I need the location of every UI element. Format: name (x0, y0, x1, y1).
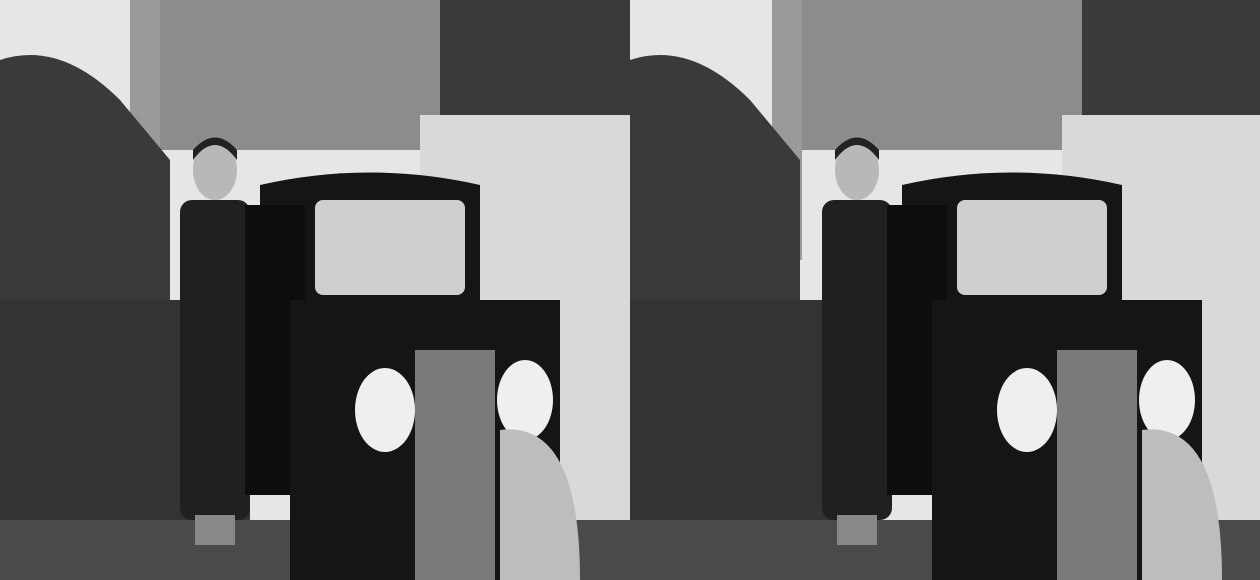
car-headlamp-right (1139, 360, 1195, 440)
person-legs (837, 515, 877, 545)
car-windshield (315, 200, 465, 295)
tree-foliage (1082, 0, 1260, 120)
photo-frame-left (0, 0, 630, 580)
person-coat (180, 200, 250, 520)
car-grille (1057, 350, 1137, 580)
car-headlamp-right (497, 360, 553, 440)
photo-strip (0, 0, 1260, 580)
person-coat (822, 200, 892, 520)
person-legs (195, 515, 235, 545)
tree-foliage (440, 0, 630, 120)
car-windshield (957, 200, 1107, 295)
car-grille (415, 350, 495, 580)
car-headlamp-left (997, 368, 1057, 452)
photo-frame-right (630, 0, 1260, 580)
car-headlamp-left (355, 368, 415, 452)
